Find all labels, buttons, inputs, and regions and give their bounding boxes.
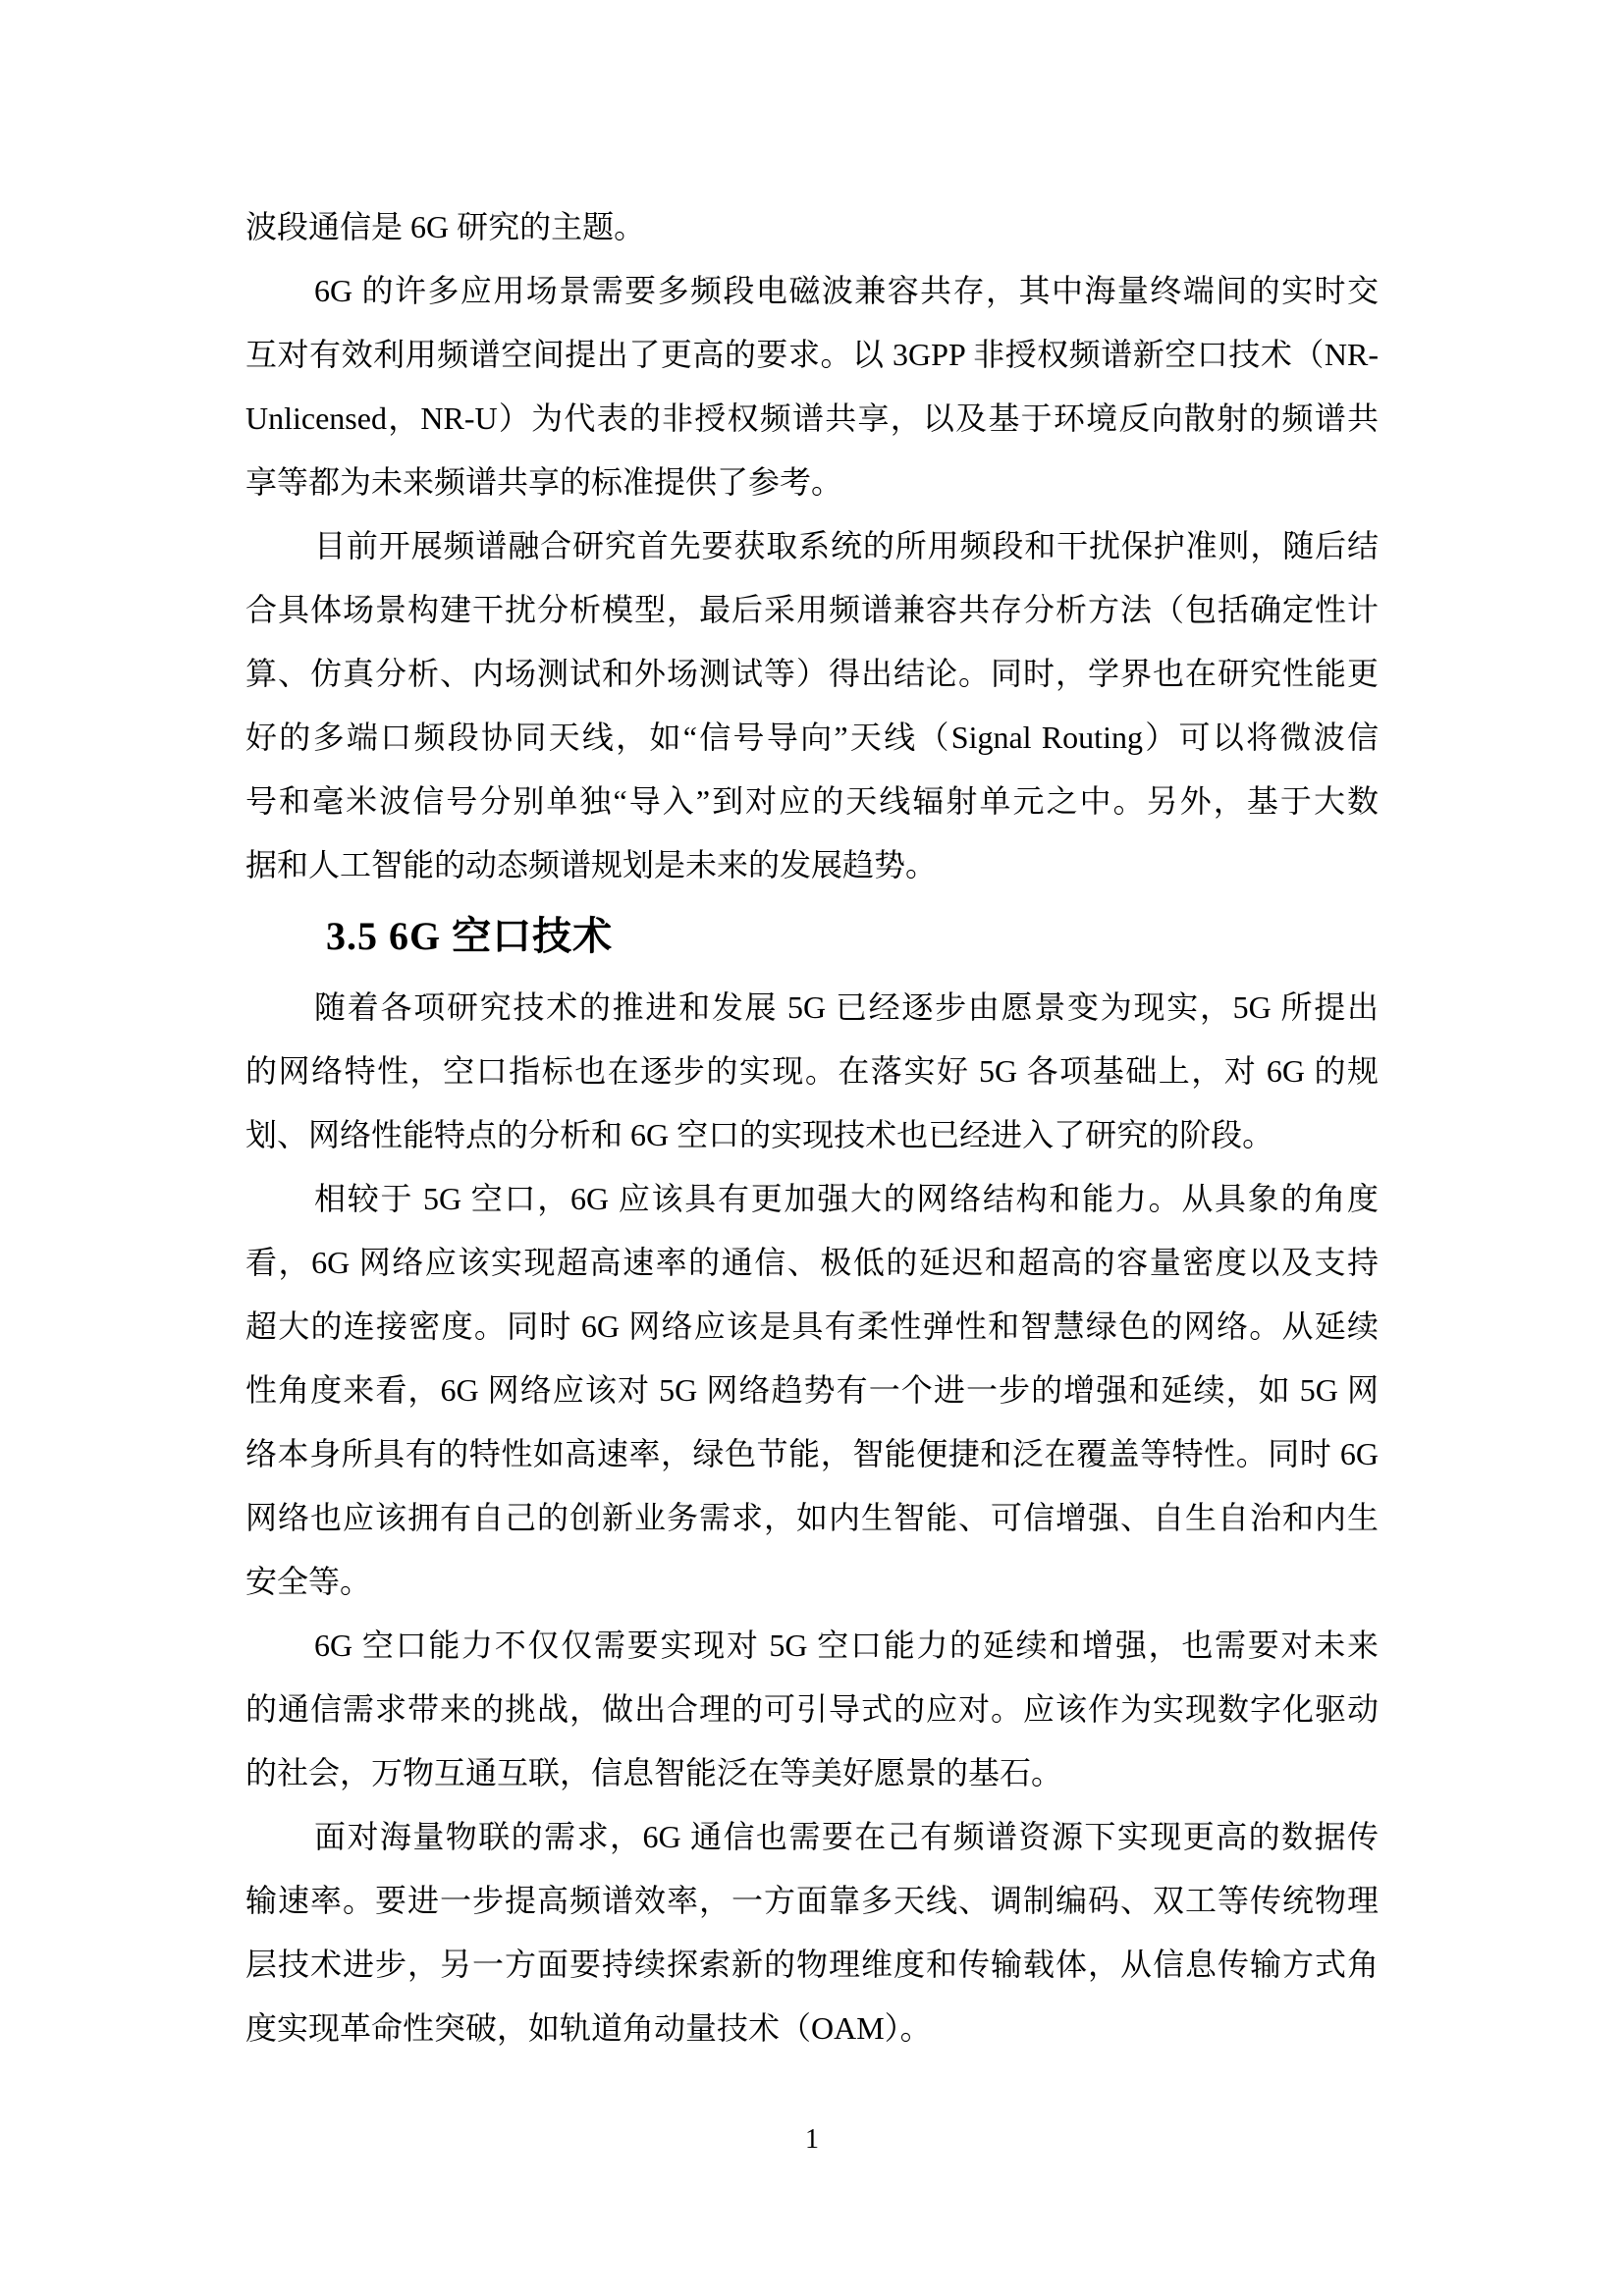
text-line: 网络也应该拥有自己的创新业务需求，如内生智能、可信增强、自生自治和内生 [245, 1486, 1379, 1550]
text-line: 层技术进步，另一方面要持续探索新的物理维度和传输载体，从信息传输方式角 [245, 1933, 1379, 1997]
text-line: 的社会，万物互通互联，信息智能泛在等美好愿景的基石。 [245, 1741, 1379, 1805]
text-line: 随着各项研究技术的推进和发展 5G 已经逐步由愿景变为现实，5G 所提出 [245, 976, 1379, 1040]
section-heading: 3.5 6G 空口技术 [245, 897, 1379, 976]
text-line: 号和毫米波信号分别单独“导入”到对应的天线辐射单元之中。另外，基于大数 [245, 770, 1379, 833]
text-line: 波段通信是 6G 研究的主题。 [245, 195, 1379, 259]
text-line: 安全等。 [245, 1550, 1379, 1614]
text-line: 互对有效利用频谱空间提出了更高的要求。以 3GPP 非授权频谱新空口技术（NR- [245, 323, 1379, 387]
text-line: 6G 空口能力不仅仅需要实现对 5G 空口能力的延续和增强，也需要对未来 [245, 1614, 1379, 1678]
text-line: 的通信需求带来的挑战，做出合理的可引导式的应对。应该作为实现数字化驱动 [245, 1678, 1379, 1741]
text-line: 算、仿真分析、内场测试和外场测试等）得出结论。同时，学界也在研究性能更 [245, 642, 1379, 706]
text-line: 面对海量物联的需求，6G 通信也需要在己有频谱资源下实现更高的数据传 [245, 1805, 1379, 1869]
text-line: 相较于 5G 空口，6G 应该具有更加强大的网络结构和能力。从具象的角度 [245, 1167, 1379, 1231]
text-line: 度实现革命性突破，如轨道角动量技术（OAM）。 [245, 1997, 1379, 2060]
text-line: 络本身所具有的特性如高速率，绿色节能，智能便捷和泛在覆盖等特性。同时 6G [245, 1422, 1379, 1486]
text-line: 的网络特性，空口指标也在逐步的实现。在落实好 5G 各项基础上，对 6G 的规 [245, 1040, 1379, 1103]
document-page: 波段通信是 6G 研究的主题。6G 的许多应用场景需要多频段电磁波兼容共存，其中… [0, 0, 1624, 2296]
document-body: 波段通信是 6G 研究的主题。6G 的许多应用场景需要多频段电磁波兼容共存，其中… [245, 195, 1379, 2060]
text-line: 输速率。要进一步提高频谱效率，一方面靠多天线、调制编码、双工等传统物理 [245, 1869, 1379, 1933]
text-line: 6G 的许多应用场景需要多频段电磁波兼容共存，其中海量终端间的实时交 [245, 259, 1379, 323]
page-number: 1 [805, 2124, 819, 2155]
text-line: 合具体场景构建干扰分析模型，最后采用频谱兼容共存分析方法（包括确定性计 [245, 578, 1379, 642]
text-line: 好的多端口频段协同天线，如“信号导向”天线（Signal Routing）可以将… [245, 706, 1379, 770]
text-line: 享等都为未来频谱共享的标准提供了参考。 [245, 451, 1379, 514]
text-line: 性角度来看，6G 网络应该对 5G 网络趋势有一个进一步的增强和延续，如 5G … [245, 1359, 1379, 1422]
text-line: 划、网络性能特点的分析和 6G 空口的实现技术也已经进入了研究的阶段。 [245, 1103, 1379, 1167]
text-line: 目前开展频谱融合研究首先要获取系统的所用频段和干扰保护准则，随后结 [245, 514, 1379, 578]
text-line: 看，6G 网络应该实现超高速率的通信、极低的延迟和超高的容量密度以及支持 [245, 1231, 1379, 1295]
text-line: 超大的连接密度。同时 6G 网络应该是具有柔性弹性和智慧绿色的网络。从延续 [245, 1295, 1379, 1359]
page-footer: 1 [0, 2120, 1624, 2160]
text-line: Unlicensed，NR-U）为代表的非授权频谱共享，以及基于环境反向散射的频… [245, 387, 1379, 451]
text-line: 据和人工智能的动态频谱规划是未来的发展趋势。 [245, 833, 1379, 897]
